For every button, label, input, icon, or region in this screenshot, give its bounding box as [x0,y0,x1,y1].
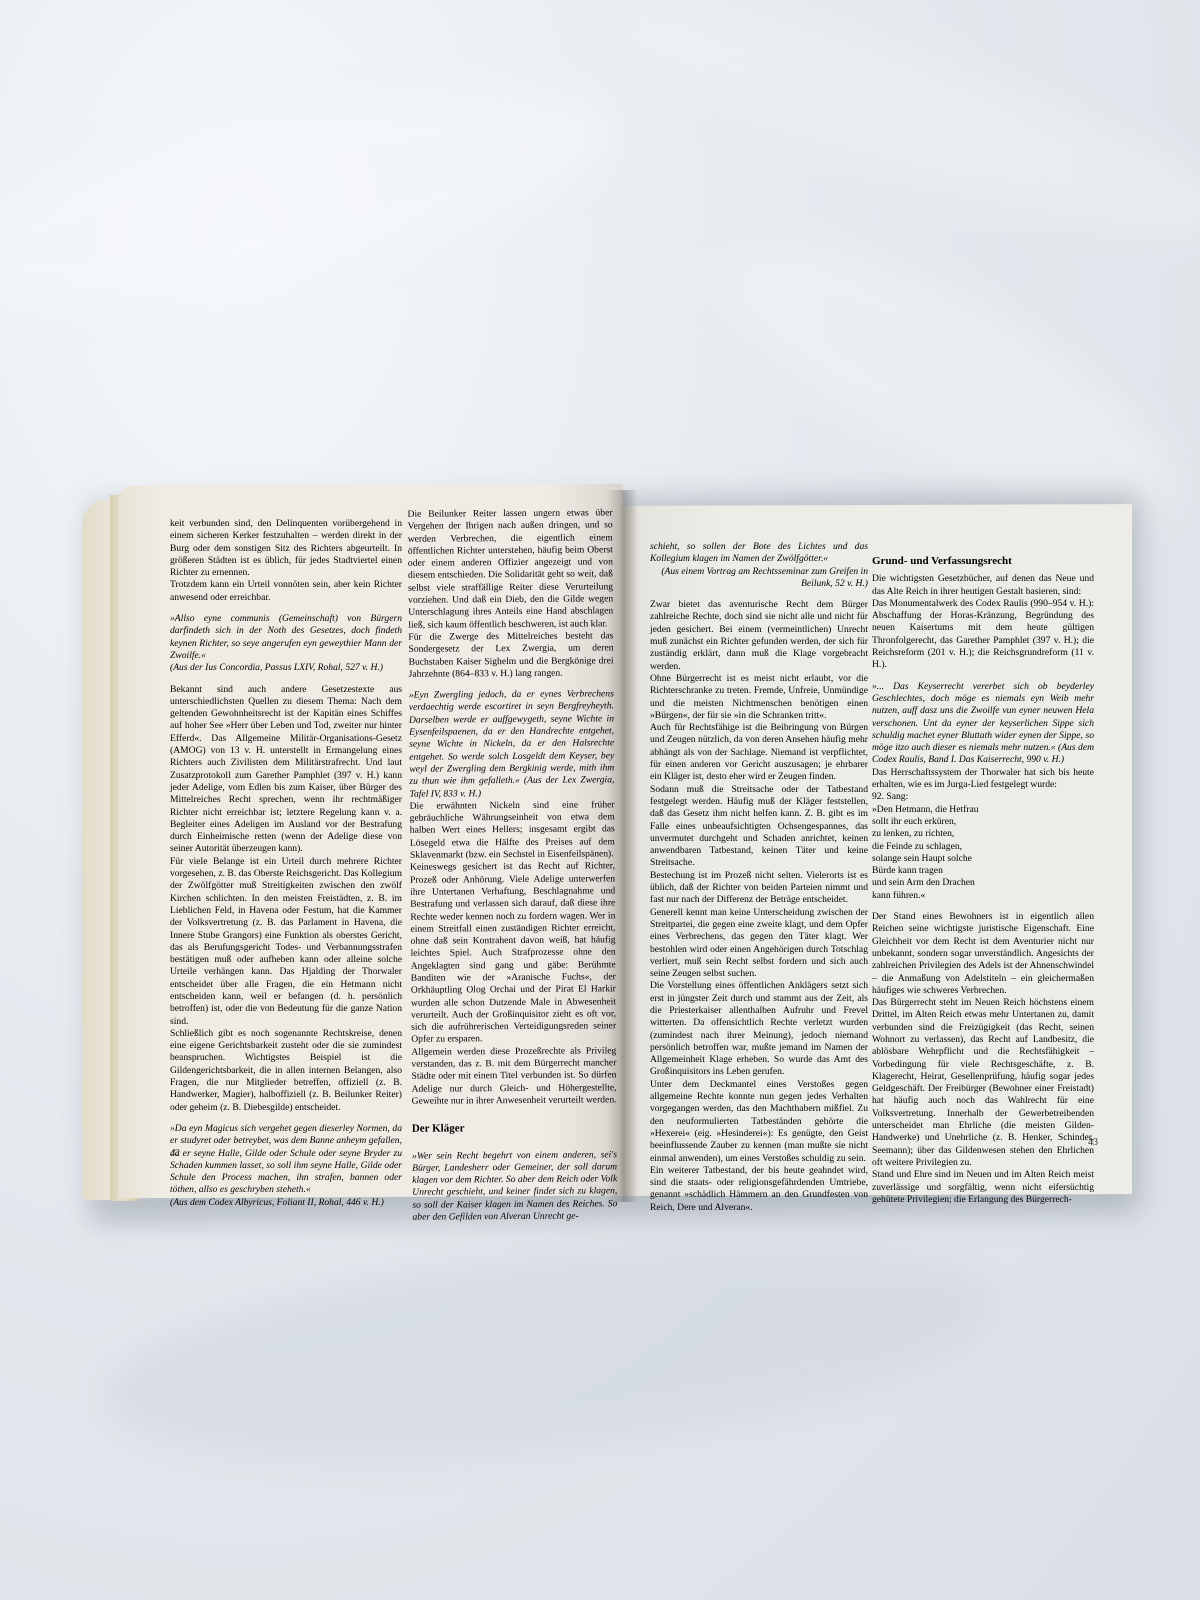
paragraph: Auch für Rechtsfähige ist die Beibringun… [650,722,868,783]
paragraph: Bekannt sind auch andere Gesetzestexte a… [170,684,402,856]
poem-line: und sein Arm den Drachen [872,877,1094,889]
quotation: »Eyn Zwergling jedoch, da er eynes Verbr… [409,688,615,800]
left-page-column-1: keit verbunden sind, den Delinquenten vo… [170,518,402,1218]
paragraph: Zwar bietet das aventurische Recht dem B… [650,599,868,673]
poem-line: die Feinde zu schlagen, [872,841,1094,853]
right-page-column-1: schieht, so sollen der Bote des Lichtes … [650,532,868,1214]
quotation: »... Das Keyserrecht vererbet sich ob be… [872,681,1094,767]
open-book: keit verbunden sind, den Delinquenten vo… [0,0,1200,1600]
poem-line: zu lenken, zu richten, [872,828,1094,840]
paragraph: Die Beilunker Reiter lassen ungern etwas… [408,507,614,631]
poem-line: 92. Sang: [872,791,1094,803]
paragraph: Allgemein werden diese Prozeßrechte als … [411,1045,616,1108]
paragraph: keit verbunden sind, den Delinquenten vo… [170,518,402,579]
quotation: »Da eyn Magicus sich vergehet gegen dies… [170,1123,402,1197]
paragraph: Keineswegs gesichert ist das Recht auf R… [410,861,616,1047]
section-heading: Grund- und Verfassungsrecht [872,555,1094,567]
paragraph: Schließlich gibt es noch sogenannte Rech… [170,1028,402,1114]
page-number-right: 43 [1088,1137,1098,1148]
page-number-left: 42 [170,1148,180,1159]
paragraph: Unter dem Deckmantel eines Verstoßes geg… [650,1079,868,1165]
paragraph: Die Vorstellung eines öffentlichen Anklä… [650,980,868,1078]
right-page-column-2: Grund- und VerfassungsrechtDie wichtigst… [872,540,1094,1206]
paragraph: Das Monumentalwerk des Codex Raulis (990… [872,598,1094,672]
section-heading: Der Kläger [412,1122,617,1136]
paragraph: Das Herrschaftssystem der Thorwaler hat … [872,767,1094,792]
poem-line: sollt ihr euch erküren, [872,816,1094,828]
poem-block: 92. Sang:»Den Hetmann, die Hetfrausollt … [872,791,1094,902]
paragraph: Bestechung ist im Prozeß nicht selten. V… [650,870,868,907]
paragraph: Ohne Bürgerrecht ist es meist nicht erla… [650,673,868,722]
paragraph: Ein weiterer Tatbestand, der bis heute g… [650,1165,868,1214]
quotation: »Allso eyne communis (Gemeinschaft) von … [170,613,402,662]
paragraph: Der Stand eines Bewohners ist in eigentl… [872,911,1094,997]
paragraph: Sodann muß die Streitsache oder der Tatb… [650,784,868,870]
quotation-source: (Aus einem Vortrag am Rechtsseminar zum … [650,566,868,591]
paragraph: Stand und Ehre sind im Neuen und im Alte… [872,1169,1094,1206]
poem-line: »Den Hetmann, die Hetfrau [872,804,1094,816]
poem-line: kann führen.« [872,890,1094,902]
paragraph: Trotzdem kann ein Urteil vonnöten sein, … [170,579,402,604]
quotation: schieht, so sollen der Bote des Lichtes … [650,541,868,566]
quotation-source: (Aus der Ius Concordia, Passus LXIV, Roh… [170,662,402,674]
paragraph: Das Bürgerrecht steht im Neuen Reich höc… [872,997,1094,1169]
poem-line: Bürde kann tragen [872,865,1094,877]
left-page-column-2: Die Beilunker Reiter lassen ungern etwas… [408,507,618,1224]
paragraph: Generell kennt man keine Unterscheidung … [650,907,868,981]
paragraph: Die wichtigsten Gesetzbücher, auf denen … [872,573,1094,598]
paragraph: Die erwähnten Nickeln sind eine früher g… [410,799,615,862]
paragraph: Für viele Belange ist ein Urteil durch m… [170,856,402,1028]
quotation: »Wer sein Recht begehrt von einem andere… [412,1149,618,1224]
poem-line: solange sein Haupt solche [872,853,1094,865]
paragraph: Für die Zwerge des Mittelreiches besteht… [408,630,613,681]
quotation-source: (Aus dem Codex Albyricus, Foliant II, Ro… [170,1197,402,1209]
